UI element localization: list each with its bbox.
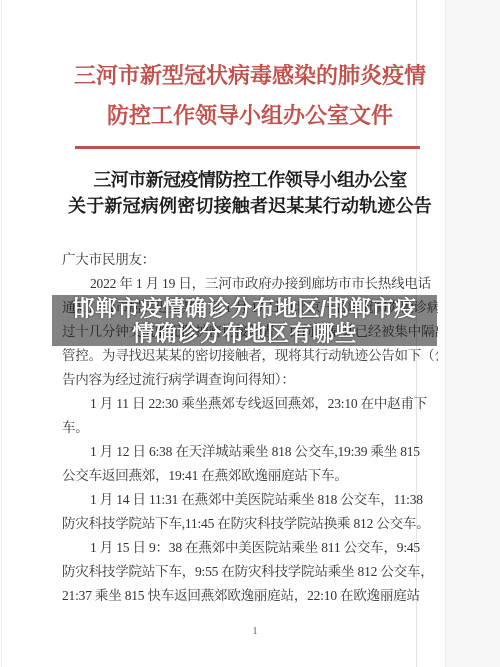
letterhead: 三河市新型冠状病毒感染的肺炎疫情 防控工作领导小组办公室文件 bbox=[30, 56, 470, 136]
body-line: 1 月 15 日 9：38 在燕郊中美医院站乘坐 811 公交车，9:45 bbox=[62, 536, 438, 560]
body-line: 防灾科技学院站下车，9:55 在防灾科技学院站乘坐 812 公交车， bbox=[62, 560, 438, 584]
document-title: 三河市新冠疫情防控工作领导小组办公室 关于新冠病例密切接触者迟某某行动轨迹公告 bbox=[20, 167, 480, 219]
body-line: 防灾科技学院站下车,11:45 在防灾科技学院站换乘 812 公交车。 bbox=[62, 512, 438, 536]
body-line: 1 月 14 日 11:31 在燕郊中美医院站乘坐 818 公交车，11:38 bbox=[62, 488, 438, 512]
letterhead-divider bbox=[75, 146, 420, 149]
body-line: 车。 bbox=[62, 416, 438, 440]
paper-left-edge bbox=[1, 0, 2, 667]
body-line: 广大市民朋友： bbox=[62, 248, 438, 272]
body-line: 1 月 12 日 6:38 在天洋城站乘坐 818 公交车,19:39 乘坐 8… bbox=[62, 440, 438, 464]
page-number: 1 bbox=[10, 626, 500, 637]
letterhead-line2: 防控工作领导小组办公室文件 bbox=[30, 96, 470, 136]
document-photo: 三河市新型冠状病毒感染的肺炎疫情 防控工作领导小组办公室文件 三河市新冠疫情防控… bbox=[0, 0, 500, 667]
body-line: 1 月 11 日 22:30 乘坐燕郊专线返回燕郊，23:10 在中赵甫下 bbox=[62, 392, 438, 416]
caption-line1: 邯郸市疫情确诊分布地区/邯郸市疫 bbox=[72, 296, 416, 321]
document-title-line1: 三河市新冠疫情防控工作领导小组办公室 bbox=[20, 167, 480, 193]
body-line: 管控。为寻找迟某某的密切接触者，现将其行动轨迹公告如下（公 bbox=[62, 344, 438, 368]
body-line: 2022 年 1 月 19 日，三河市政府办接到廊坊市市长热线电话 bbox=[62, 272, 438, 296]
body-line: 下车。 bbox=[62, 608, 438, 612]
document-title-line2: 关于新冠病例密切接触者迟某某行动轨迹公告 bbox=[20, 193, 480, 219]
body-line: 告内容为经过流行病学调查询问得知）： bbox=[62, 368, 438, 392]
body-line: 公交车返回燕郊，19:41 在燕郊欧逸丽庭站下车。 bbox=[62, 464, 438, 488]
caption-overlay: 邯郸市疫情确诊分布地区/邯郸市疫 情确诊分布地区有哪些 bbox=[52, 295, 437, 346]
body-line: 21:37 乘坐 815 快车返回燕郊欧逸丽庭站，22:10 在欧逸丽庭站 bbox=[62, 584, 438, 608]
letterhead-line1: 三河市新型冠状病毒感染的肺炎疫情 bbox=[30, 56, 470, 96]
caption-line2: 情确诊分布地区有哪些 bbox=[132, 321, 357, 346]
